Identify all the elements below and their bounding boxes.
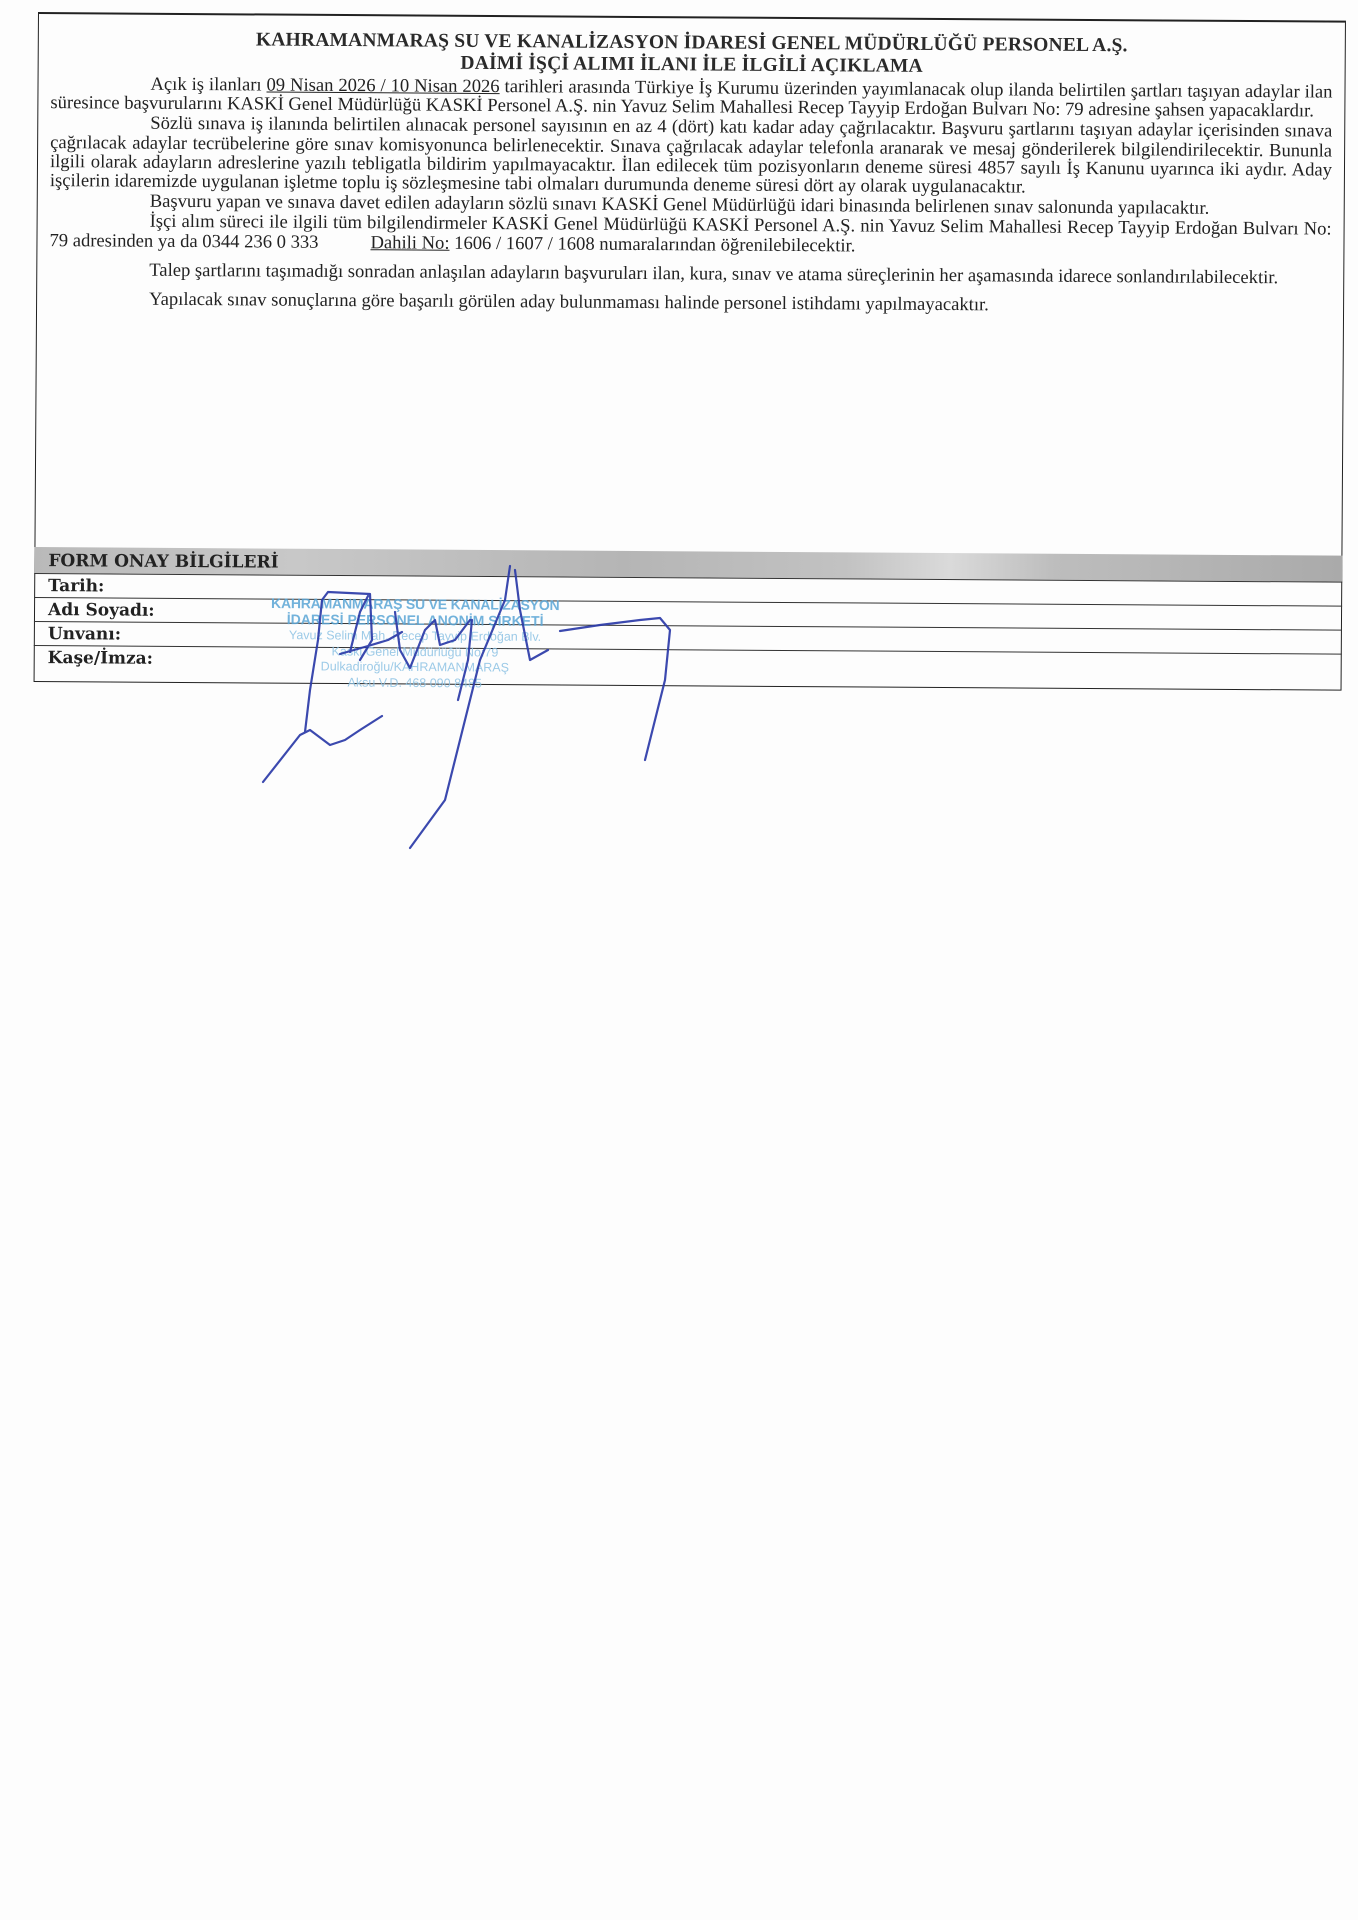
document-page: KAHRAMANMARAŞ SU VE KANALİZASYON İDARESİ… bbox=[0, 0, 1358, 1920]
announcement-box: KAHRAMANMARAŞ SU VE KANALİZASYON İDARESİ… bbox=[34, 12, 1346, 691]
stamp-line-6: Aksu V.D. 468 090 8485 bbox=[250, 674, 580, 692]
extension-numbers: 1606 / 1607 / 1608 bbox=[449, 232, 594, 254]
paragraph-no-hiring: Yapılacak sınav sonuçlarına göre başarıl… bbox=[49, 289, 1331, 317]
paragraph-oral-exam: Sözlü sınava iş ilanında belirtilen alın… bbox=[50, 113, 1332, 198]
phone-number: 0344 236 0 333 bbox=[202, 231, 318, 253]
announcement-body: Açık iş ilanları 09 Nisan 2026 / 10 Nisa… bbox=[49, 74, 1333, 317]
form-approval-table: FORM ONAY BİLGİLERİ Tarih: Adı Soyadı: U… bbox=[34, 547, 1343, 691]
form-label-title: Unvanı: bbox=[48, 624, 121, 644]
document-title: KAHRAMANMARAŞ SU VE KANALİZASYON İDARESİ… bbox=[39, 28, 1345, 81]
extension-label: Dahili No: bbox=[370, 232, 449, 254]
paragraph-text: numaralarından öğrenilebilecektir. bbox=[595, 233, 856, 256]
stamp-line-3: Yavuz Selim Mah. Recep Tayyip Erdoğan Bl… bbox=[250, 627, 580, 646]
paragraph-contact-info: İşçi alım süreci ile ilgili tüm bilgilen… bbox=[49, 212, 1331, 259]
form-label-stamp-signature: Kaşe/İmza: bbox=[48, 648, 153, 669]
form-label-date: Tarih: bbox=[48, 576, 104, 596]
form-label-name: Adı Soyadı: bbox=[48, 600, 155, 621]
company-stamp: KAHRAMANMARAŞ SU VE KANALİZASYON İDARESİ… bbox=[250, 595, 581, 692]
paragraph-termination: Talep şartlarını taşımadığı sonradan anl… bbox=[49, 260, 1331, 288]
